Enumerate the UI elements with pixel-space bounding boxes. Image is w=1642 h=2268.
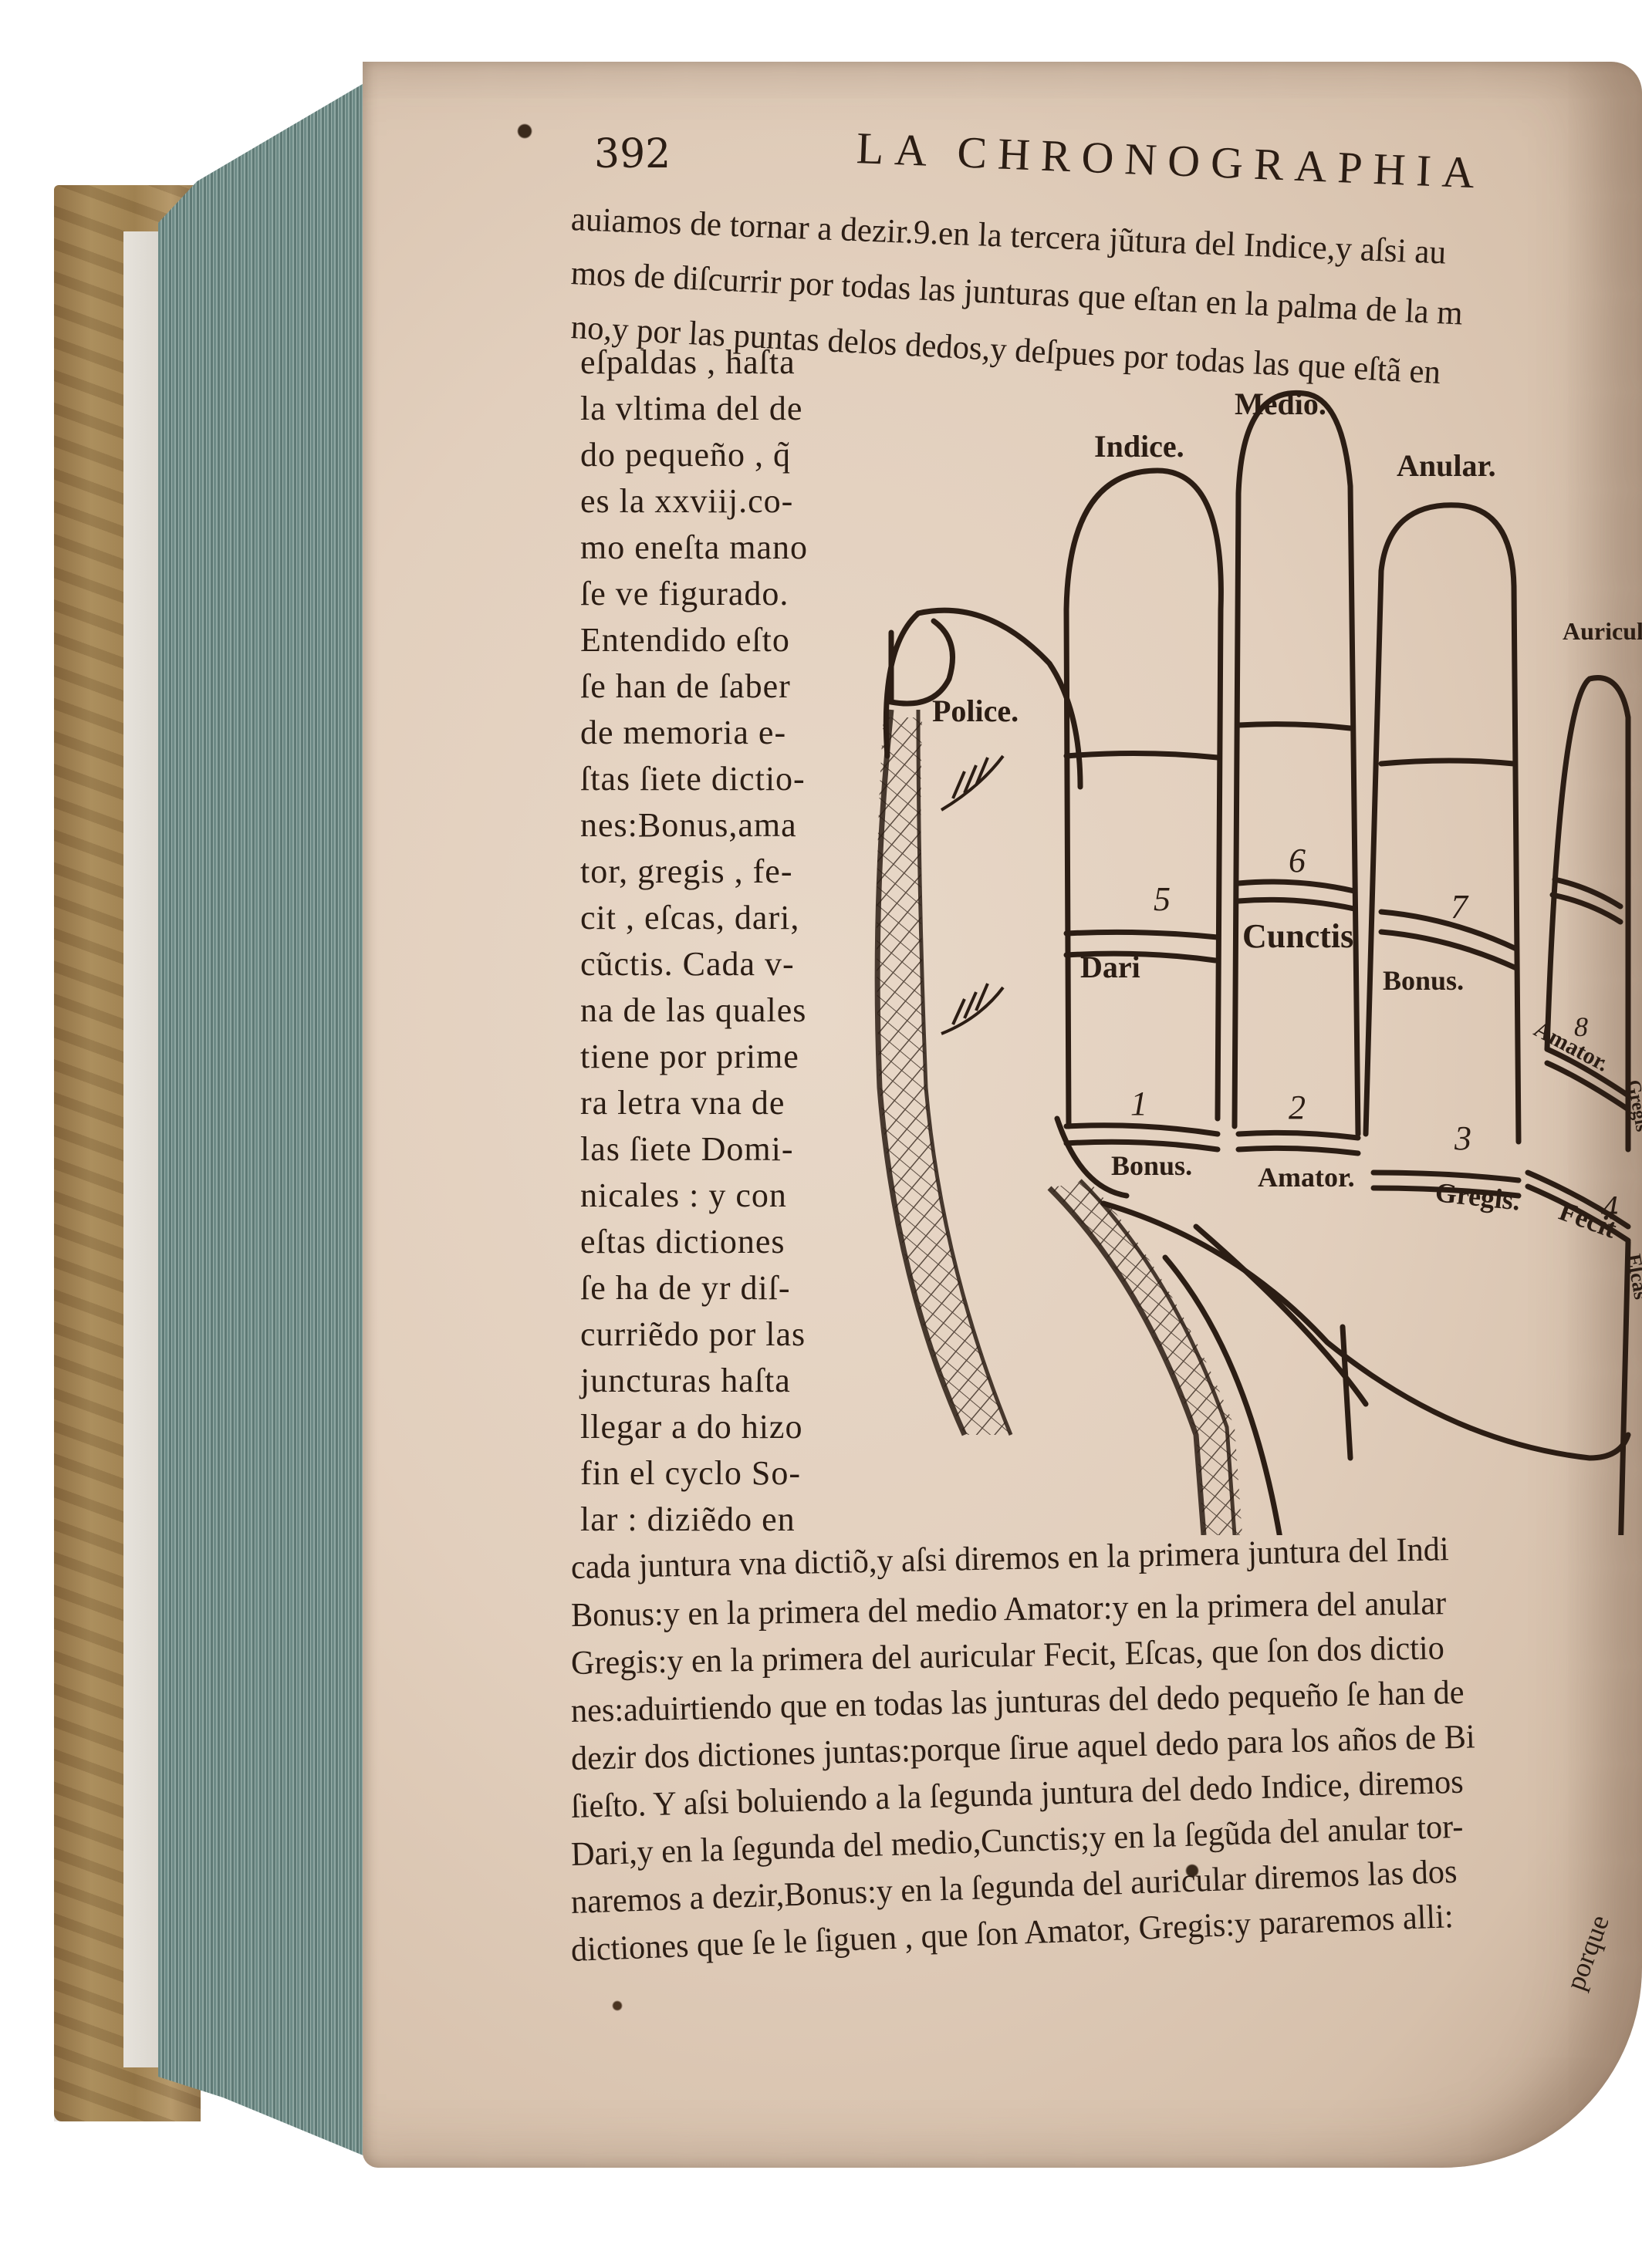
joint-word-cunctis: Cunctis (1242, 916, 1353, 956)
label-thumb: Police. (932, 693, 1019, 729)
text-line: eſtas dictiones (580, 1225, 786, 1259)
joint-number-7: 7 (1451, 887, 1468, 926)
label-little: Auricular. (1563, 617, 1642, 646)
text-line: mo eneſta mano (580, 531, 808, 565)
page-number: 392 (594, 131, 671, 177)
text-line: nicales : y con (580, 1179, 787, 1213)
text-line: ſtas ſiete dictio- (580, 762, 806, 796)
joint-number-3: 3 (1454, 1119, 1471, 1158)
joint-word-amator: Amator. (1258, 1161, 1355, 1193)
text-line: do pequeño , q̃ (580, 438, 791, 472)
joint-word-dari: Dari (1080, 949, 1140, 985)
text-line: ſe han de ſaber (580, 670, 791, 704)
text-line: cit , eſcas, dari, (580, 901, 799, 935)
text-line: tiene por prime (580, 1040, 799, 1074)
joint-word-bonus: Bonus. (1111, 1149, 1192, 1182)
joint-number-4: 4 (1601, 1188, 1618, 1227)
text-line: la vltima del de (580, 392, 802, 426)
text-line: ſe ve figurado. (580, 577, 789, 611)
joint-number-6: 6 (1289, 841, 1306, 880)
text-line: tor, gregis , fe- (580, 855, 792, 889)
text-line: lar : diziẽdo en (580, 1503, 796, 1537)
joint-number-2: 2 (1289, 1088, 1306, 1127)
text-line: fin el cyclo So- (580, 1456, 801, 1490)
text-line: es la xxviij.co- (580, 484, 793, 518)
hand-woodcut-figure: Police. Indice. Medio. Anular. Auricular… (849, 355, 1642, 1535)
label-index: Indice. (1094, 428, 1184, 464)
text-line: llegar a do hizo (580, 1410, 802, 1444)
text-line: nes:Bonus,ama (580, 808, 797, 842)
endpaper (123, 231, 162, 2067)
page-edges-stack (158, 77, 374, 2160)
page-header: 392 LA CHRONOGRAPHIA (594, 123, 1620, 185)
text-line: ra letra vna de (580, 1086, 785, 1120)
joint-number-8: 8 (1574, 1011, 1588, 1043)
text-line: eſpaldas , haſta (580, 346, 796, 380)
joint-number-5: 5 (1154, 879, 1171, 919)
joint-word-bonus-ring: Bonus. (1383, 964, 1464, 997)
joint-number-1: 1 (1130, 1084, 1147, 1123)
label-middle: Medio. (1235, 386, 1326, 422)
text-line: na de las quales (580, 994, 806, 1028)
label-ring: Anular. (1397, 447, 1496, 484)
text-line: curriẽdo por las (580, 1318, 806, 1352)
text-line: juncturas haſta (580, 1364, 791, 1398)
text-line: cũctis. Cada v- (580, 947, 795, 981)
text-line: las ſiete Domi- (580, 1132, 794, 1166)
text-line: de memoria e- (580, 716, 786, 750)
text-line: Entendido eſto (580, 623, 790, 657)
text-line: ſe ha de yr diſ- (580, 1271, 791, 1305)
